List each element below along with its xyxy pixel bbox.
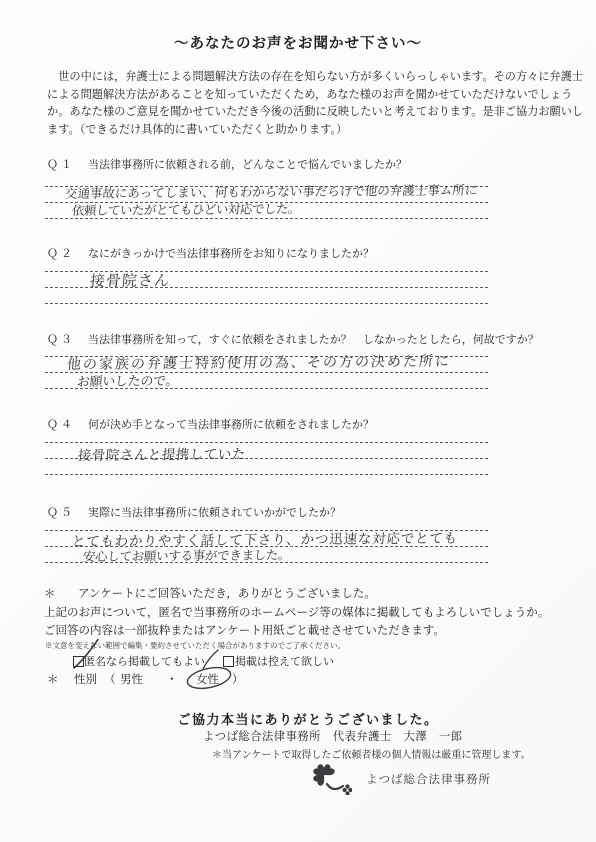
asterisk-mark: ＊ [44,585,78,601]
intro-line: による問題解決方法があることを知っていただくため，あなた様のお声を聞かせていただ… [47,87,559,105]
question-row-q3: Ｑ３当法律事務所を知って，すぐに依頼をされましたか？ しなかったとしたら，何故で… [47,331,539,347]
closing-thanks: ご協力本当にありがとうございました。 [0,709,596,728]
checkbox-allow-anonymous-label: 匿名なら掲載してもよい [84,653,205,669]
firm-logo-text: よつば総合法律事務所 [366,771,491,787]
question-text: 何が決め手となって当法律事務所に依頼をされましたか？ [88,419,374,431]
question-text: 当法律事務所を知って，すぐに依頼をされましたか？ しなかったとしたら，何故ですか… [88,334,539,346]
gender-paren-close: ） [232,671,244,687]
checkbox-allow-anonymous [73,656,84,667]
intro-line: ます。（できるだけ具体的に書いていただくと助かります。） [47,122,559,140]
handwritten-answer: 安心してお願いする事ができました。 [82,545,291,565]
publish-options-row: 匿名なら掲載してもよい 掲載は控えて欲しい [0,653,596,669]
question-number: Ｑ４ [47,416,88,432]
intro-paragraph: 世の中には，弁護士による問題解決方法の存在を知らない方が多くいらっしゃいます。そ… [47,69,559,139]
edit-disclaimer-note: ※文意を変えない範囲で編集・要約させていただく場合がありますのでご了承ください。 [45,640,345,651]
page-title: ～あなたのお声をお聞かせ下さい～ [0,32,596,53]
gender-option-male: 男性 [120,671,143,687]
questionnaire-page: ～あなたのお声をお聞かせ下さい～ 世の中には，弁護士による問題解決方法の存在を知… [0,0,596,842]
answer-area-q5: とてもわかりやすく話して下さり、かつ迅速な対応でとても 安心してお願いする事がで… [45,530,488,566]
question-row-q5: Ｑ５実際に当法律事務所に依頼されていかがでしたか？ [47,504,341,520]
publish-permission-line-2: ご回答の内容は一部抜粋またはアンケート用紙ごと載せさせていただきます。 [44,622,445,638]
gender-label: 性別 [74,671,97,687]
question-number: Ｑ３ [47,331,88,347]
gender-separator-dot: ・ [166,671,178,687]
answer-writing-line [45,303,488,304]
answer-area-q4: 接骨院さんと提携していた [45,442,488,478]
intro-line: か。あなた様のご意見を聞かせていただき今後の活動に反映したいと考えております。是… [47,104,559,122]
asterisk-mark: ＊ [47,671,59,687]
privacy-note: ＊当アンケートで取得したご依頼者様の個人情報は厳重に管理します。 [212,746,531,761]
checkbox-decline-publish [223,656,234,667]
answer-writing-line [45,474,488,475]
question-number: Ｑ１ [47,156,88,172]
question-row-q4: Ｑ４何が決め手となって当法律事務所に依頼をされましたか？ [47,416,374,432]
question-number: Ｑ５ [47,504,88,520]
four-leaf-clover-icon [308,759,352,795]
publish-permission-line-1: 上記のお声について，匿名で当事務所のホームページ等の媒体に掲載してもよろしいでし… [44,604,549,620]
question-number: Ｑ２ [47,245,88,261]
answer-area-q2: 接骨院さん [45,271,488,307]
handwritten-answer: お願いしたので。 [76,370,179,390]
intro-line: 世の中には，弁護士による問題解決方法の存在を知らない方が多くいらっしゃいます。そ… [47,69,559,87]
handwritten-answer: 接骨院さん [89,269,171,291]
question-text: なにがきっかけで当法律事務所をお知りになりましたか？ [88,248,374,260]
answer-area-q1: 交通事故にあってしまい、何もわからない事だらけで他の弁護士事ム所に 依頼していた… [45,186,488,222]
handwritten-answer: 接骨院さんと提携していた [77,443,247,464]
survey-thanks-text: アンケートにご回答いただき，ありがとうございました。 [78,588,376,600]
gender-paren-open: （ [104,671,116,687]
gender-row: ＊ 性別 （ 男性 ・ 女性 ） [0,671,596,689]
firm-representative-line: よつば総合法律事務所 代表弁護士 大澤 一郎 [203,728,463,744]
question-row-q1: Ｑ１当法律事務所に依頼される前，どんなことで悩んでいましたか？ [47,156,407,172]
clover-swoosh [327,784,343,789]
question-text: 実際に当法律事務所に依頼されていかがでしたか？ [88,507,341,519]
answer-area-q3: 他の家族の弁護士特約使用の為、その方の決めた所に お願いしたので。 [45,356,488,392]
question-row-q2: Ｑ２なにがきっかけで当法律事務所をお知りになりましたか？ [47,245,374,261]
survey-thanks-line: ＊アンケートにご回答いただき，ありがとうございました。 [44,585,376,601]
question-text: 当法律事務所に依頼される前，どんなことで悩んでいましたか？ [88,159,407,171]
gender-option-female: 女性 [196,671,219,687]
checkbox-decline-publish-label: 掲載は控えて欲しい [235,653,334,669]
handwritten-answer: 依頼していたがとてもひどい対応でした。 [71,199,300,219]
